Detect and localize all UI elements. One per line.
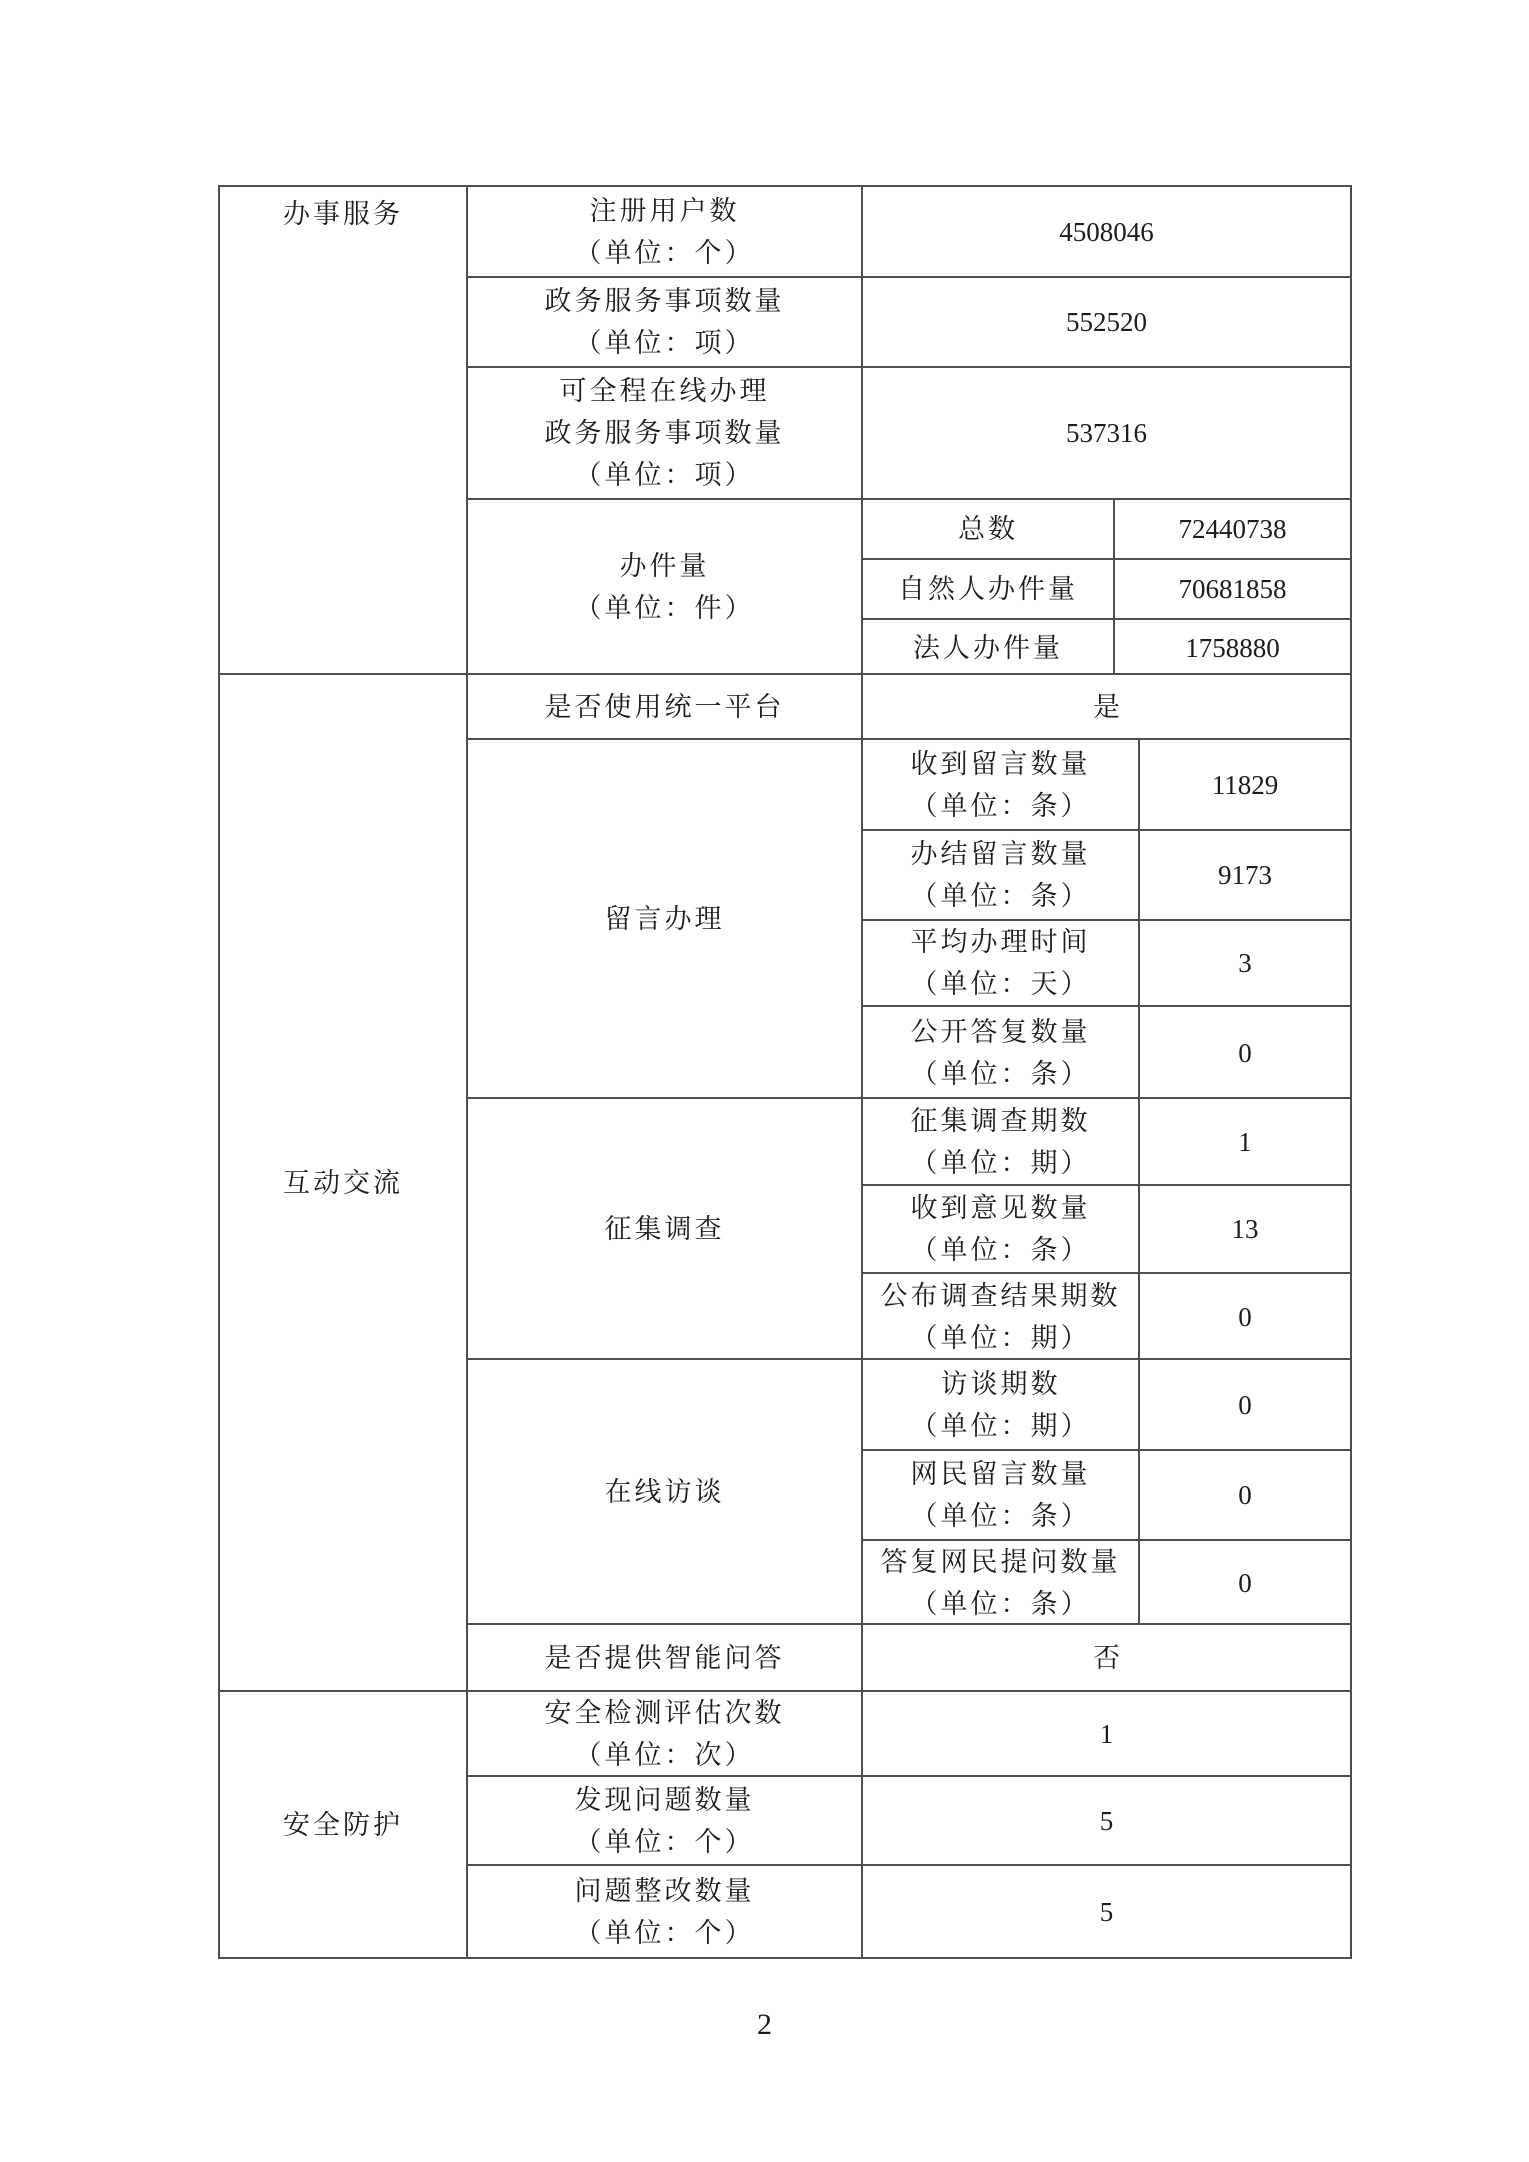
category-cell: 安全防护 xyxy=(220,1692,468,1957)
metric-value: 5 xyxy=(863,1866,1350,1957)
sub-row: 答复网民提问数量 （单位：条） 0 xyxy=(863,1539,1350,1625)
metric-value: 是 xyxy=(863,675,1350,738)
section-hudong-jiaoliu: 互动交流 是否使用统一平台 是 留言办理 收到留言数量 （单位：条） 11829… xyxy=(220,673,1350,1690)
sub-metric-value: 0 xyxy=(1140,1007,1350,1099)
table-row-group: 留言办理 收到留言数量 （单位：条） 11829 办结留言数量 （单位：条） 9… xyxy=(468,738,1350,1097)
sub-metric-label: 自然人办件量 xyxy=(863,560,1115,618)
metric-label: 安全检测评估次数 （单位：次） xyxy=(468,1692,863,1775)
metric-value: 4508046 xyxy=(863,187,1350,276)
sub-metric-label: 公开答复数量 （单位：条） xyxy=(863,1007,1140,1099)
table-row: 问题整改数量 （单位：个） 5 xyxy=(468,1864,1350,1957)
metric-label: 可全程在线办理 政务服务事项数量 （单位：项） xyxy=(468,368,863,498)
sub-row: 征集调查期数 （单位：期） 1 xyxy=(863,1099,1350,1184)
sub-metric-label: 办结留言数量 （单位：条） xyxy=(863,831,1140,919)
metric-value: 537316 xyxy=(863,368,1350,498)
sub-row: 网民留言数量 （单位：条） 0 xyxy=(863,1449,1350,1539)
sub-row: 收到意见数量 （单位：条） 13 xyxy=(863,1184,1350,1272)
table-row: 是否使用统一平台 是 xyxy=(468,675,1350,738)
sub-metric-value: 1758880 xyxy=(1115,620,1350,675)
metric-value: 1 xyxy=(863,1692,1350,1775)
sub-metric-label: 平均办理时间 （单位：天） xyxy=(863,921,1140,1005)
sub-metric-label: 收到留言数量 （单位：条） xyxy=(863,740,1140,829)
metric-value: 552520 xyxy=(863,278,1350,366)
sub-row: 法人办件量 1758880 xyxy=(863,618,1350,675)
sub-metric-value: 0 xyxy=(1140,1541,1350,1625)
group-label: 留言办理 xyxy=(468,740,863,1097)
table-row-group: 征集调查 征集调查期数 （单位：期） 1 收到意见数量 （单位：条） 13 公布… xyxy=(468,1097,1350,1358)
sub-row: 访谈期数 （单位：期） 0 xyxy=(863,1360,1350,1449)
section-anquan-fanghu: 安全防护 安全检测评估次数 （单位：次） 1 发现问题数量 （单位：个） 5 问… xyxy=(220,1690,1350,1957)
metric-label: 政务服务事项数量 （单位：项） xyxy=(468,278,863,366)
metric-value: 否 xyxy=(863,1625,1350,1690)
table-row: 是否提供智能问答 否 xyxy=(468,1623,1350,1690)
metric-label: 问题整改数量 （单位：个） xyxy=(468,1866,863,1957)
sub-metric-value: 0 xyxy=(1140,1360,1350,1449)
sub-row: 办结留言数量 （单位：条） 9173 xyxy=(863,829,1350,919)
table-row-group: 办件量 （单位：件） 总数 72440738 自然人办件量 70681858 法… xyxy=(468,498,1350,673)
table-row-group: 在线访谈 访谈期数 （单位：期） 0 网民留言数量 （单位：条） 0 答复网民提… xyxy=(468,1358,1350,1623)
sub-metric-label: 公布调查结果期数 （单位：期） xyxy=(863,1274,1140,1360)
table-row: 安全检测评估次数 （单位：次） 1 xyxy=(468,1692,1350,1775)
table-row: 发现问题数量 （单位：个） 5 xyxy=(468,1775,1350,1864)
sub-metric-label: 网民留言数量 （单位：条） xyxy=(863,1451,1140,1539)
sub-metric-value: 1 xyxy=(1140,1099,1350,1184)
category-cell: 互动交流 xyxy=(220,675,468,1690)
metric-label: 注册用户数 （单位：个） xyxy=(468,187,863,276)
sub-metric-value: 9173 xyxy=(1140,831,1350,919)
table-row: 可全程在线办理 政务服务事项数量 （单位：项） 537316 xyxy=(468,366,1350,498)
sub-row: 自然人办件量 70681858 xyxy=(863,558,1350,618)
metric-label: 发现问题数量 （单位：个） xyxy=(468,1777,863,1864)
sub-metric-value: 11829 xyxy=(1140,740,1350,829)
sub-metric-value: 0 xyxy=(1140,1451,1350,1539)
sub-row: 平均办理时间 （单位：天） 3 xyxy=(863,919,1350,1005)
sub-metric-label: 征集调查期数 （单位：期） xyxy=(863,1099,1140,1184)
document-page: { "colors": { "border": "#4e4e4e", "text… xyxy=(0,0,1529,2162)
sub-metric-value: 72440738 xyxy=(1115,500,1350,558)
sub-row: 总数 72440738 xyxy=(863,500,1350,558)
section-banshi-fuwu: 办事服务 注册用户数 （单位：个） 4508046 政务服务事项数量 （单位：项… xyxy=(220,187,1350,673)
category-cell: 办事服务 xyxy=(220,187,468,673)
sub-metric-value: 3 xyxy=(1140,921,1350,1005)
sub-metric-value: 13 xyxy=(1140,1186,1350,1272)
sub-row: 公开答复数量 （单位：条） 0 xyxy=(863,1005,1350,1099)
sub-metric-label: 总数 xyxy=(863,500,1115,558)
sub-row: 公布调查结果期数 （单位：期） 0 xyxy=(863,1272,1350,1360)
sub-metric-label: 答复网民提问数量 （单位：条） xyxy=(863,1541,1140,1625)
table-row: 政务服务事项数量 （单位：项） 552520 xyxy=(468,276,1350,366)
metric-value: 5 xyxy=(863,1777,1350,1864)
sub-metric-label: 法人办件量 xyxy=(863,620,1115,675)
sub-metric-label: 收到意见数量 （单位：条） xyxy=(863,1186,1140,1272)
metric-label: 是否使用统一平台 xyxy=(468,675,863,738)
group-label: 征集调查 xyxy=(468,1099,863,1358)
sub-metric-value: 70681858 xyxy=(1115,560,1350,618)
sub-metric-value: 0 xyxy=(1140,1274,1350,1360)
table-row: 注册用户数 （单位：个） 4508046 xyxy=(468,187,1350,276)
metric-label: 是否提供智能问答 xyxy=(468,1625,863,1690)
sub-row: 收到留言数量 （单位：条） 11829 xyxy=(863,740,1350,829)
report-table: 办事服务 注册用户数 （单位：个） 4508046 政务服务事项数量 （单位：项… xyxy=(218,185,1352,1959)
sub-metric-label: 访谈期数 （单位：期） xyxy=(863,1360,1140,1449)
group-label: 办件量 （单位：件） xyxy=(468,500,863,673)
page-number: 2 xyxy=(0,2008,1529,2042)
group-label: 在线访谈 xyxy=(468,1360,863,1623)
